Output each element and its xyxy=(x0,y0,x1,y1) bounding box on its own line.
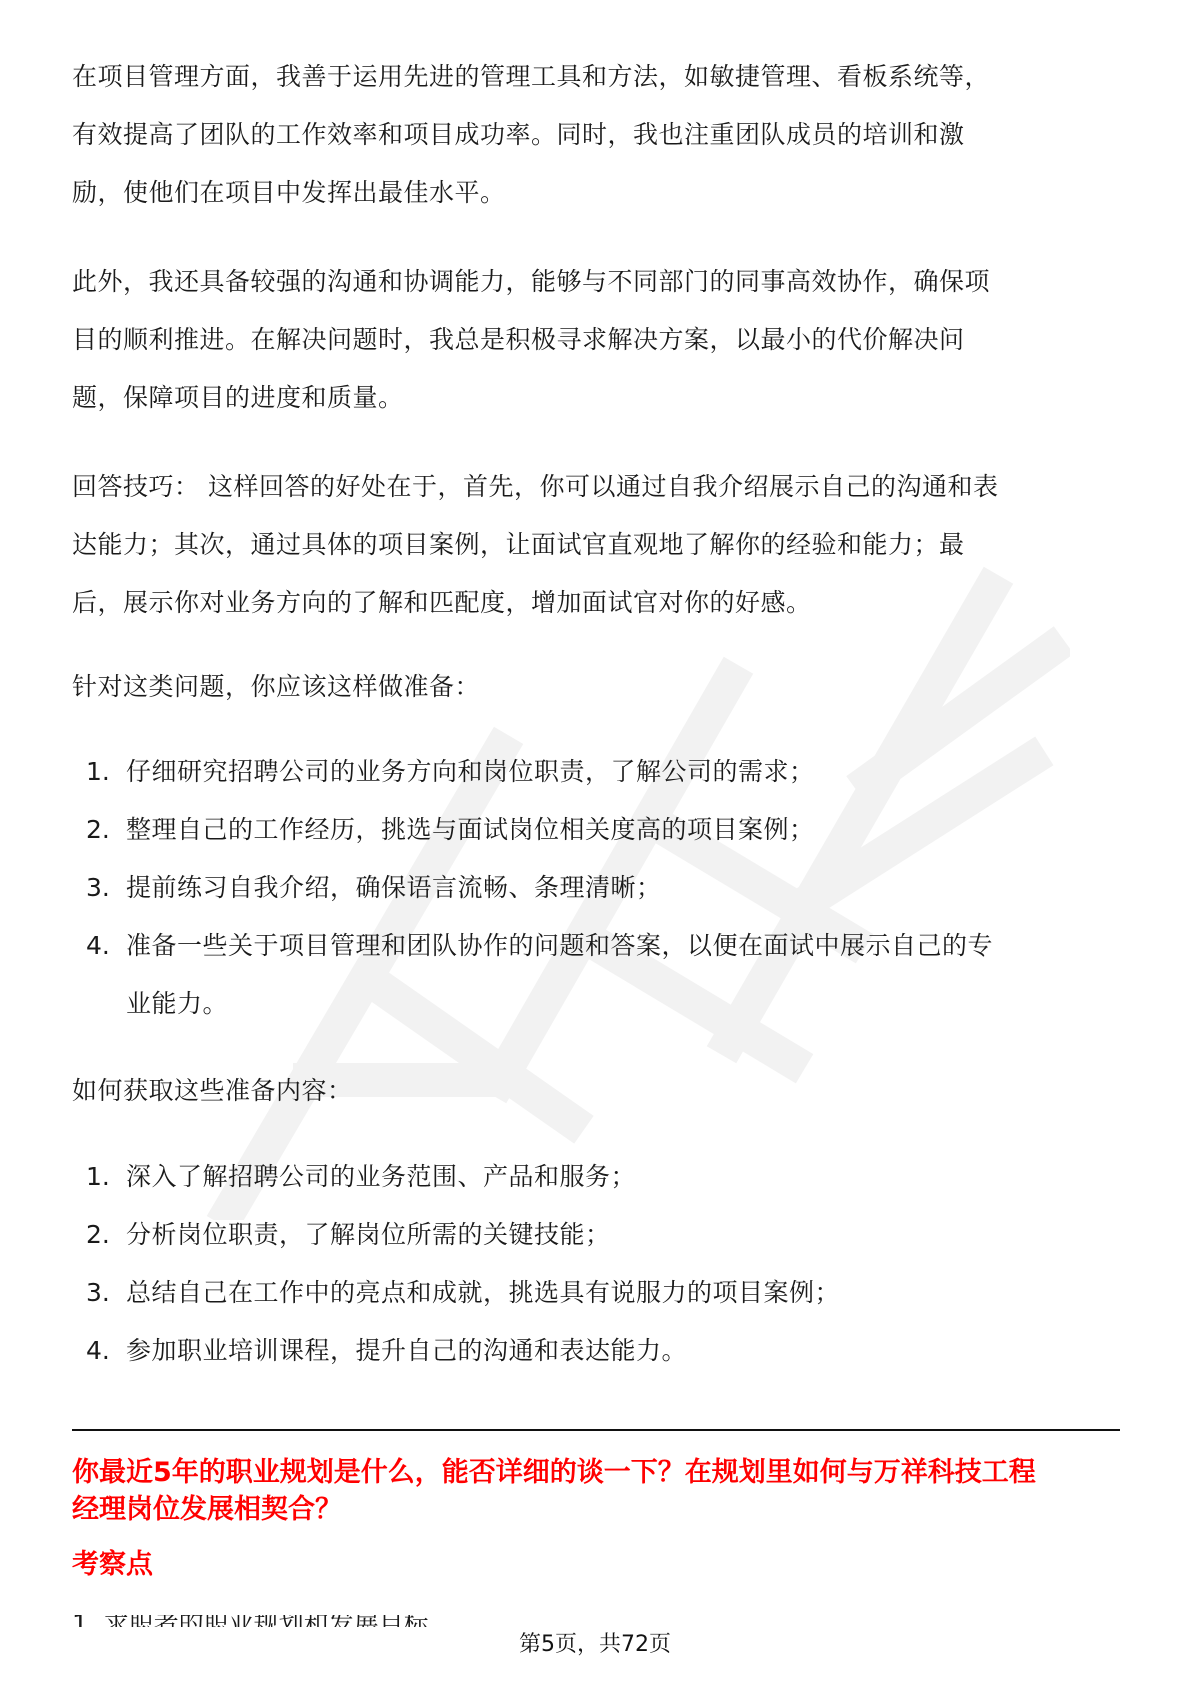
paragraph-line: 有效提高了团队的工作效率和项目成功率。同时，我也注重团队成员的培训和激 xyxy=(72,120,965,150)
acquire-heading: 如何获取这些准备内容： xyxy=(72,1076,353,1106)
section-divider xyxy=(72,1429,1120,1431)
question-line: 你最近5年的职业规划是什么，能否详细的谈一下？在规划里如何与万祥科技工程 xyxy=(72,1456,1036,1490)
paragraph-line: 题，保障项目的进度和质量。 xyxy=(72,383,404,413)
list-text: 仔细研究招聘公司的业务方向和岗位职责，了解公司的需求； xyxy=(126,757,815,787)
list-number: 3. xyxy=(86,873,110,903)
paragraph-line: 目的顺利推进。在解决问题时，我总是积极寻求解决方案，以最小的代价解决问 xyxy=(72,325,965,355)
list-text: 准备一些关于项目管理和团队协作的问题和答案，以便在面试中展示自己的专 xyxy=(126,931,993,961)
list-number: 4. xyxy=(86,931,110,961)
list-text: 整理自己的工作经历，挑选与面试岗位相关度高的项目案例； xyxy=(126,815,815,845)
paragraph-line: 在项目管理方面，我善于运用先进的管理工具和方法，如敏捷管理、看板系统等， xyxy=(72,62,990,92)
list-number: 2. xyxy=(86,1220,110,1250)
list-text: 总结自己在工作中的亮点和成就，挑选具有说服力的项目案例； xyxy=(126,1278,840,1308)
list-number: 1. xyxy=(86,757,110,787)
section-label: 考察点 xyxy=(72,1548,153,1582)
list-number: 2. xyxy=(86,815,110,845)
list-text: 业能力。 xyxy=(126,989,228,1019)
page-footer: 第5页，共72页 xyxy=(0,1627,1190,1658)
answer-tips-line: 达能力；其次，通过具体的项目案例，让面试官直观地了解你的经验和能力；最 xyxy=(72,530,965,560)
cutoff-text: 1. 求职者的职业规划和发展目标 xyxy=(72,1615,672,1627)
prep-heading: 针对这类问题，你应该这样做准备： xyxy=(72,672,480,702)
list-text: 分析岗位职责，了解岗位所需的关键技能； xyxy=(126,1220,611,1250)
list-number: 1. xyxy=(86,1162,110,1192)
list-text: 提前练习自我介绍，确保语言流畅、条理清晰； xyxy=(126,873,662,903)
list-text: 深入了解招聘公司的业务范围、产品和服务； xyxy=(126,1162,636,1192)
paragraph-line: 此外，我还具备较强的沟通和协调能力，能够与不同部门的同事高效协作，确保项 xyxy=(72,267,990,297)
watermark xyxy=(170,520,1070,1220)
paragraph-line: 励，使他们在项目中发挥出最佳水平。 xyxy=(72,178,506,208)
question-line: 经理岗位发展相契合？ xyxy=(72,1493,342,1527)
cutoff-list-item: 1. 求职者的职业规划和发展目标 xyxy=(72,1615,672,1627)
answer-tips-line: 回答技巧： 这样回答的好处在于，首先，你可以通过自我介绍展示自己的沟通和表 xyxy=(72,472,998,502)
list-text: 参加职业培训课程，提升自己的沟通和表达能力。 xyxy=(126,1336,687,1366)
list-number: 4. xyxy=(86,1336,110,1366)
list-number: 3. xyxy=(86,1278,110,1308)
answer-tips-line: 后，展示你对业务方向的了解和匹配度，增加面试官对你的好感。 xyxy=(72,588,812,618)
